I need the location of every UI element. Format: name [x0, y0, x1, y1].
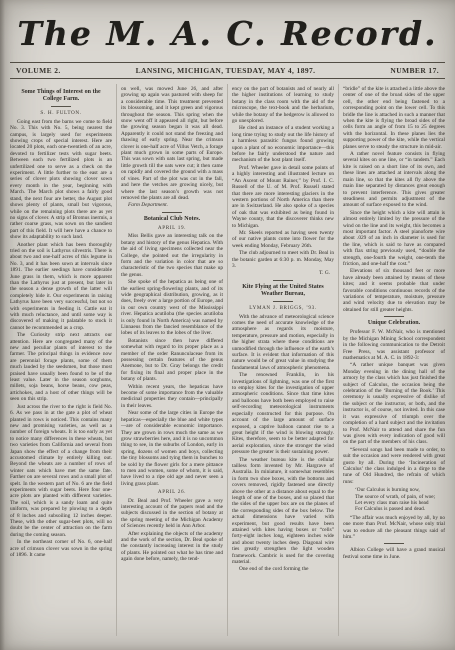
- section-divider: [384, 316, 404, 317]
- article-paragraph: Elevations of six thousand feet or more …: [343, 268, 445, 313]
- article-paragraph: Botanists since then have differed somew…: [121, 338, 223, 383]
- article-paragraph: He cited an instance of a student workin…: [232, 125, 334, 163]
- article-paragraph-continued: “bridle” of the kite is attached a littl…: [343, 86, 445, 150]
- dateline: LANSING, MICHIGAN, TUESDAY, MAY 4, 1897.: [61, 66, 391, 75]
- article-paragraph: Dr. Beal and Prof. Wheeler gave a very i…: [121, 498, 223, 530]
- article-paragraph: Miss Bellis gave an interesting talk on …: [121, 233, 223, 278]
- article-paragraph: With the advance of meteorological scien…: [232, 314, 334, 372]
- article-paragraph: “The affair was much enjoyed by all, by …: [343, 515, 445, 541]
- article-paragraph: One end of the cord forming the: [232, 566, 334, 572]
- article-paragraph: Just across the river to the right is fi…: [10, 404, 112, 539]
- article-columns: Some Things of Interest on the College F…: [0, 79, 455, 636]
- column-2: on well, was mowed June 26, and after gr…: [116, 84, 227, 636]
- article-paragraph-continued: on well, was mowed June 26, and after gr…: [121, 86, 223, 201]
- article-paragraph: In the northeast corner of No. 6, one-ha…: [10, 539, 112, 558]
- column-1: Some Things of Interest on the College F…: [6, 84, 116, 636]
- author-initials: T. G.: [232, 270, 334, 276]
- department-signature: Farm Department.: [121, 202, 223, 208]
- article-paragraph: The renowned Franklin, in his investigat…: [232, 372, 334, 455]
- article-paragraph: Mr. Skeels reported as having seen twent…: [232, 230, 334, 249]
- article-paragraph: After explaining the objects of the acad…: [121, 531, 223, 563]
- issue-line: VOLUME 2. LANSING, MICHIGAN, TUESDAY, MA…: [10, 62, 445, 79]
- article-paragraph: The Curiosity strip next attracts our at…: [10, 332, 112, 402]
- article-paragraph: Prof. Wheeler gave in detail some points…: [232, 165, 334, 229]
- article-heading: Some Things of Interest on the College F…: [13, 89, 109, 103]
- article-paragraph: The weather bureau kite is the cellular …: [232, 457, 334, 566]
- poem-stanza: ‘Our Calculus is burning now,The source …: [355, 487, 445, 513]
- article-paragraph: “A rather unique banquet was given Monda…: [343, 362, 445, 445]
- section-divider: [384, 543, 404, 544]
- article-paragraph: Within recent years, the hepaticas have …: [121, 384, 223, 410]
- article-byline: LYMAN J. BRIGGS, ’93.: [232, 305, 334, 311]
- column-3: ency on the part of botanists and of nea…: [227, 84, 338, 636]
- article-paragraph: “Several songs had been made to order, t…: [343, 447, 445, 485]
- article-byline: S. H. FULTON.: [10, 110, 112, 116]
- masthead: The M. A. C. Record.: [0, 0, 455, 54]
- column-4: “bridle” of the kite is attached a littl…: [338, 84, 449, 636]
- article-heading: Unique Celebration.: [346, 320, 442, 327]
- poem-line: For Calculus is passed and dead.: [355, 506, 445, 512]
- newspaper-page: The M. A. C. Record. VOLUME 2. LANSING, …: [0, 0, 455, 650]
- article-paragraph-continued: ency on the part of botanists and of nea…: [232, 86, 334, 124]
- article-byline: APRIL 19.: [121, 225, 223, 231]
- article-heading: Botanical Club Notes.: [124, 216, 220, 223]
- section-divider: [51, 106, 71, 107]
- number-label: NUMBER 17.: [390, 66, 439, 75]
- article-paragraph: Another plant which has been thoroughly …: [10, 242, 112, 332]
- article-paragraph: The club adjourned to meet with Dr. Beal…: [232, 250, 334, 269]
- article-paragraph: Since the height which a kite will attai…: [343, 210, 445, 268]
- article-byline: APRIL 26.: [121, 489, 223, 495]
- section-divider: [162, 212, 182, 213]
- section-divider: [273, 301, 293, 302]
- volume-label: VOLUME 2.: [16, 66, 61, 75]
- masthead-title: The M. A. C. Record.: [0, 14, 455, 54]
- article-paragraph: Going east from the barns we come to fie…: [10, 119, 112, 241]
- article-paragraph: Near some of the large cities in Europe …: [121, 410, 223, 487]
- article-heading: Kite Flying at the United States Weather…: [235, 284, 331, 298]
- article-paragraph: A rather novel feature consists in flyin…: [343, 151, 445, 209]
- article-paragraph: She spoke of the hepatica as being one o…: [121, 279, 223, 337]
- article-paragraph: Professor F. W. McNair, who is mentioned…: [343, 329, 445, 361]
- article-paragraph: Albion College will have a grand musical…: [343, 547, 445, 560]
- section-divider: [273, 280, 293, 281]
